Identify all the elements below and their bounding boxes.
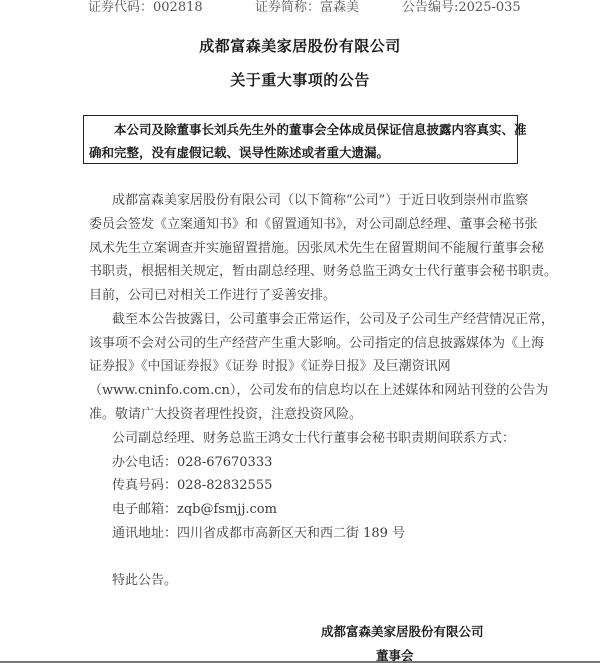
body-line: （www.cninfo.com.cn），公司发布的信息均以在上述媒体和网站刊登的… [89, 379, 548, 398]
stock-code: 证券代码：002818 [88, 0, 203, 15]
body-line: 截至本公告披露日，公司董事会正常运作，公司及子公司生产经营情况正常， [112, 308, 554, 327]
stock-name: 证券简称：富森美 [255, 0, 359, 15]
office-phone: 办公电话：028-67670333 [112, 451, 272, 470]
mailing-address: 通讯地址：四川省成都市高新区天和西二街 189 号 [112, 522, 405, 541]
body-line: 公司副总经理、财务总监王鸿女士代行董事会秘书职责期间联系方式： [112, 427, 515, 446]
signature-company: 成都富森美家居股份有限公司 [321, 622, 484, 640]
disclaimer-box: 本公司及除董事长刘兵先生外的董事会全体成员保证信息披露内容真实、准 确和完整，没… [83, 115, 518, 164]
email-address: 电子邮箱：zqb@fsmjj.com [112, 498, 277, 517]
document-header: 证券代码：002818 证券简称：富森美 公告编号:2025-035 [0, 0, 600, 14]
disclaimer-line: 确和完整，没有虚假记载、误导性陈述或者重大遗漏。 [89, 143, 389, 161]
fax-number: 传真号码：028-82832555 [112, 474, 272, 493]
announcement-number: 公告编号:2025-035 [402, 0, 521, 15]
body-line: 准。敬请广大投资者理性投资，注意投资风险。 [89, 403, 362, 422]
body-line: 书职责，根据相关规定，暂由副总经理、财务总监王鸿女士代行董事会秘书职责。 [89, 260, 557, 279]
disclaimer-line: 本公司及除董事长刘兵先生外的董事会全体成员保证信息披露内容真实、准 [114, 120, 527, 138]
body-line: 目前，公司已对相关工作进行了妥善安排。 [89, 284, 336, 303]
announcement-title: 关于重大事项的公告 [0, 69, 600, 90]
body-line: 委员会签发《立案通知书》和《留置通知书》，对公司副总经理、董事会秘书张 [89, 213, 538, 232]
body-line: 凤术先生立案调查并实施留置措施。因张凤术先生在留置期间不能履行董事会秘 [89, 237, 544, 256]
body-line: 成都富森美家居股份有限公司（以下简称“公司”）于近日收到崇州市监察 [112, 189, 528, 208]
body-line: 证券报》《中国证券报》《证券 时报》《证券日报》及巨潮资讯网 [89, 355, 451, 374]
body-line: 该事项不会对公司的生产经营产生重大影响。公司指定的信息披露媒体为《上海 [89, 332, 544, 351]
closing-statement: 特此公告。 [112, 569, 177, 588]
company-title: 成都富森美家居股份有限公司 [0, 35, 600, 56]
